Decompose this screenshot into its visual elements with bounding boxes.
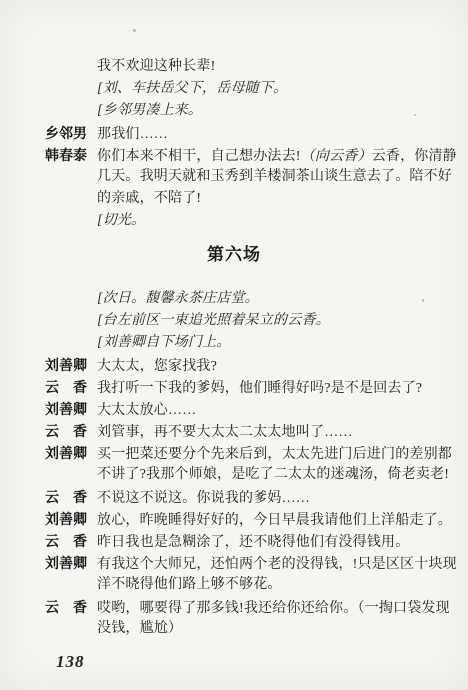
dialogue-row: 洋不晓得他们路上够不够花。 — [45, 574, 460, 596]
dialogue-row: 刘善卿有我这个大师兄，还怕两个老的没得钱，!只是区区十块现 — [45, 552, 460, 574]
dialogue-row: 不讲了?我那个师娘，是吃了二太太的迷魂汤，倚老卖老! — [45, 464, 460, 486]
stage-row: [刘、车扶岳父下，岳母随下。 — [45, 78, 460, 100]
speaker-name: 云 香 — [45, 376, 97, 398]
dialogue-row: 几天。我明天就和玉秀到羊楼洞茶山谈生意去了。陪不好 — [45, 166, 460, 188]
speaker-name: 云 香 — [45, 596, 97, 618]
dialogue-line: 有我这个大师兄，还怕两个老的没得钱，!只是区区十块现 — [97, 554, 460, 576]
dialogue-line: 刘管事，再不要大太太二太太地叫了…… — [97, 422, 460, 444]
dialogue-line: 哎哟，哪要得了那多钱!我还给你还给你。（一掏口袋发现 — [97, 598, 460, 620]
dialogue-line: 买一把菜还要分个先来后到，太太先进门后进门的差别都 — [97, 444, 460, 466]
dialogue-row: 云 香我打听一下我的爹妈，他们睡得好吗?是不是回去了? — [45, 376, 460, 398]
speaker-name: 云 香 — [45, 420, 97, 442]
scene-heading: 第六场 — [0, 242, 468, 268]
dialogue-line: 没钱，尴尬） — [97, 618, 460, 640]
speaker-name: 刘善卿 — [45, 508, 97, 530]
dialogue-row: 刘善卿放心，昨晚睡得好好的，今日早晨我请他们上洋船走了。 — [45, 508, 460, 530]
stage-row: [乡邻男凑上来。 — [45, 100, 460, 122]
script-lines: 我不欢迎这种长辈![刘、车扶岳父下，岳母随下。[乡邻男凑上来。乡邻男那我们……韩… — [45, 56, 460, 640]
dialogue-row: 云 香不说这不说这。你说我的爹妈…… — [45, 486, 460, 508]
speaker-name: 云 香 — [45, 486, 97, 508]
dialogue-line: 不说这不说这。你说我的爹妈…… — [97, 488, 460, 510]
page-number: 138 — [56, 652, 85, 672]
dialogue-line: 我不欢迎这种长辈! — [97, 56, 460, 78]
dialogue-line: 昨日我也是急糊涂了，还不晓得他们有没得钱用。 — [97, 532, 460, 554]
stage-direction: [刘善卿自下场门上。 — [97, 332, 460, 354]
speaker-name: 刘善卿 — [45, 354, 97, 376]
stage-row: [台左前区一束追光照着呆立的云香。 — [45, 310, 460, 332]
dialogue-row: 没钱，尴尬） — [45, 618, 460, 640]
speaker-name: 韩春泰 — [45, 144, 97, 166]
dialogue-row: 刘善卿大太太放心…… — [45, 398, 460, 420]
dialogue-line: 洋不晓得他们路上够不够花。 — [97, 574, 460, 596]
dialogue-row: 韩春泰你们本来不相干，自己想办法去!（向云香）云香，你清静 — [45, 144, 460, 166]
dialogue-row: 刘善卿买一把菜还要分个先来后到，太太先进门后进门的差别都 — [45, 442, 460, 464]
dialogue-line: 大太太放心…… — [97, 400, 460, 422]
dialogue-row: 刘善卿大太太，您家找我? — [45, 354, 460, 376]
dialogue-line: 你们本来不相干，自己想办法去!（向云香）云香，你清静 — [97, 146, 460, 168]
stage-row: [刘善卿自下场门上。 — [45, 332, 460, 354]
speaker-name: 刘善卿 — [45, 552, 97, 574]
speaker-name: 乡邻男 — [45, 122, 97, 144]
speaker-name: 刘善卿 — [45, 442, 97, 464]
stage-direction: [次日。馥馨永茶庄店堂。 — [97, 288, 460, 310]
scan-speck — [133, 29, 136, 32]
dialogue-line: 不讲了?我那个师娘，是吃了二太太的迷魂汤，倚老卖老! — [97, 464, 460, 486]
book-page: 我不欢迎这种长辈![刘、车扶岳父下，岳母随下。[乡邻男凑上来。乡邻男那我们……韩… — [0, 0, 468, 690]
dialogue-line: 那我们…… — [97, 124, 460, 146]
speaker-name: 云 香 — [45, 530, 97, 552]
dialogue-line: 我打听一下我的爹妈，他们睡得好吗?是不是回去了? — [97, 378, 460, 400]
stage-direction: [刘、车扶岳父下，岳母随下。 — [97, 78, 460, 100]
dialogue-row: 我不欢迎这种长辈! — [45, 56, 460, 78]
dialogue-row: 云 香刘管事，再不要大太太二太太地叫了…… — [45, 420, 460, 442]
stage-row: [次日。馥馨永茶庄店堂。 — [45, 288, 460, 310]
dialogue-line: 几天。我明天就和玉秀到羊楼洞茶山谈生意去了。陪不好 — [97, 166, 460, 188]
dialogue-row: 云 香哎哟，哪要得了那多钱!我还给你还给你。（一掏口袋发现 — [45, 596, 460, 618]
stage-direction: [台左前区一束追光照着呆立的云香。 — [97, 310, 460, 332]
stage-row: [切光。 — [45, 210, 460, 232]
stage-direction: [切光。 — [97, 210, 460, 232]
dialogue-line: 大太太，您家找我? — [97, 356, 460, 378]
speaker-name: 刘善卿 — [45, 398, 97, 420]
dialogue-row: 乡邻男那我们…… — [45, 122, 460, 144]
dialogue-row: 云 香昨日我也是急糊涂了，还不晓得他们有没得钱用。 — [45, 530, 460, 552]
dialogue-row: 的亲戚，不陪了! — [45, 188, 460, 210]
stage-direction: [乡邻男凑上来。 — [97, 100, 460, 122]
inline-stage-note: （向云香） — [301, 149, 372, 164]
dialogue-line: 的亲戚，不陪了! — [97, 188, 460, 210]
dialogue-line: 放心，昨晚睡得好好的，今日早晨我请他们上洋船走了。 — [97, 510, 460, 532]
